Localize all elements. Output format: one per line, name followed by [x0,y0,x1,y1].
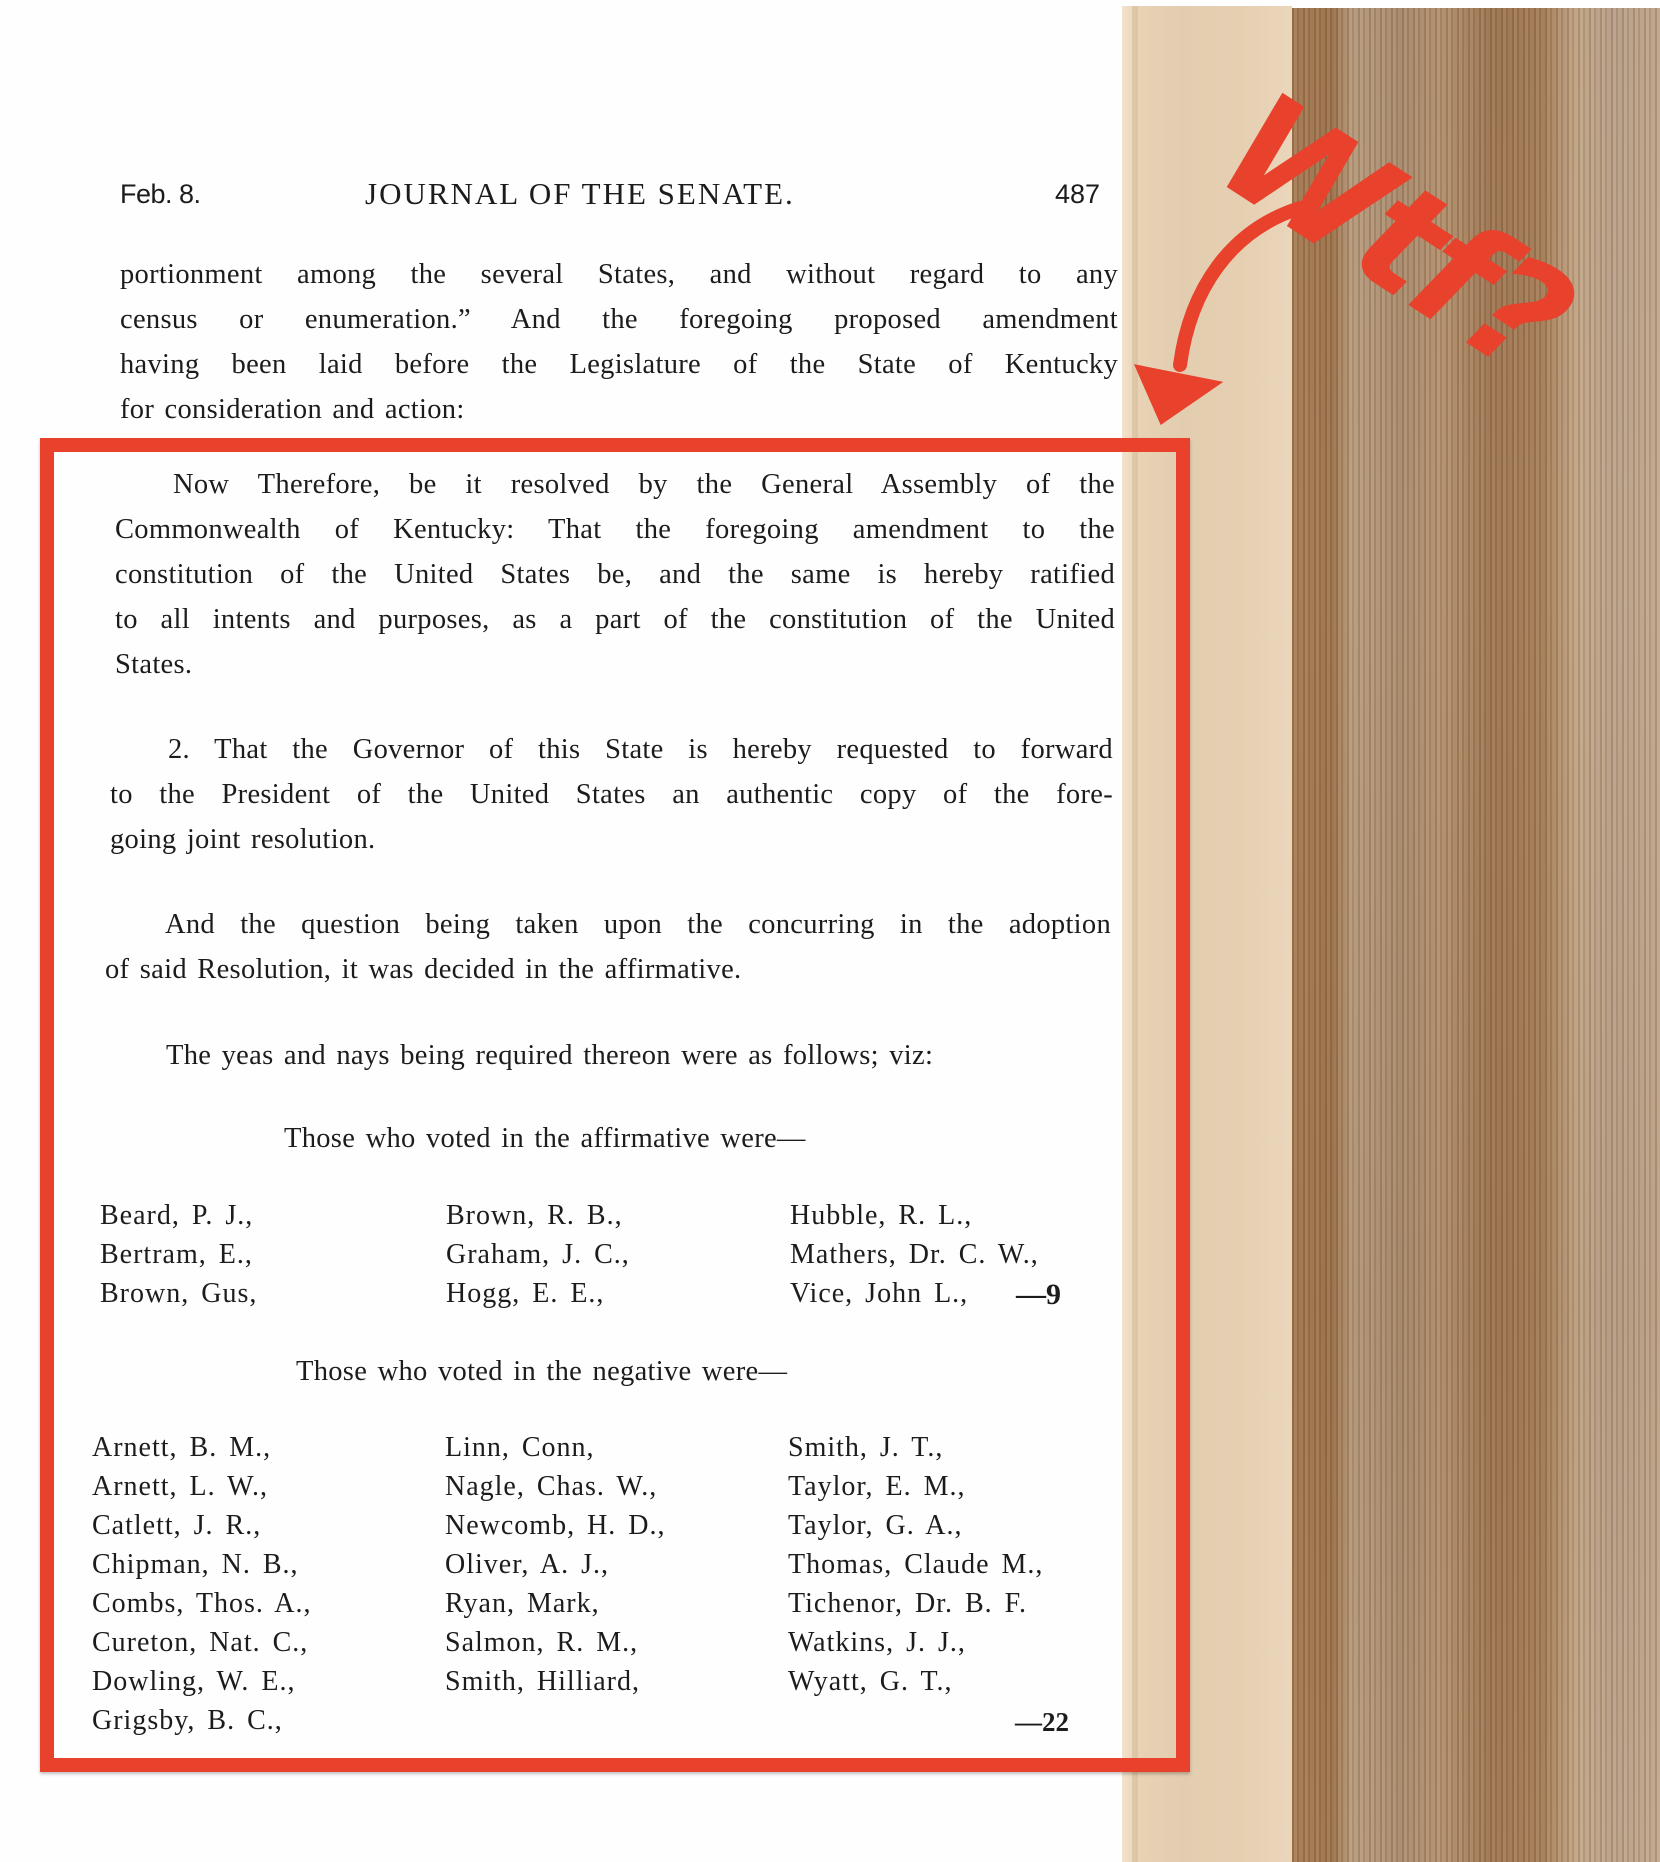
name-column: Arnett, B. M., Arnett, L. W., Catlett, J… [92,1428,312,1740]
text-line: going joint resolution. [110,817,1113,862]
name-entry: Beard, P. J., [100,1196,257,1235]
text-line: census or enumeration.” And the foregoin… [120,297,1118,342]
text-line: And the question being taken upon the co… [105,902,1111,947]
name-entry: Thomas, Claude M., [788,1545,1043,1584]
name-entry: Smith, J. T., [788,1428,1043,1467]
name-column: Brown, R. B., Graham, J. C., Hogg, E. E.… [446,1196,630,1313]
name-entry: Wyatt, G. T., [788,1662,1043,1701]
resolution-paragraph: Now Therefore, be it resolved by the Gen… [115,462,1115,687]
name-entry: Mathers, Dr. C. W., [790,1235,1039,1274]
affirmative-count: —9 [1016,1278,1061,1312]
name-entry: Taylor, G. A., [788,1506,1043,1545]
name-entry: Chipman, N. B., [92,1545,312,1584]
text-line: to all intents and purposes, as a part o… [115,597,1115,642]
text-line: to the President of the United States an… [110,772,1113,817]
name-entry: Tichenor, Dr. B. F. [788,1584,1043,1623]
name-entry: Taylor, E. M., [788,1467,1043,1506]
name-entry: Hubble, R. L., [790,1196,1039,1235]
name-entry: Brown, R. B., [446,1196,630,1235]
curved-arrow-icon [1120,190,1340,440]
text-line: of said Resolution, it was decided in th… [105,947,1111,992]
name-entry: Grigsby, B. C., [92,1701,312,1740]
question-paragraph: And the question being taken upon the co… [105,902,1111,992]
text-line: 2. That the Governor of this State is he… [110,727,1113,772]
name-entry: Nagle, Chas. W., [445,1467,666,1506]
affirmative-heading: Those who voted in the affirmative were— [284,1116,806,1161]
name-column: Smith, J. T., Taylor, E. M., Taylor, G. … [788,1428,1043,1701]
name-column: Beard, P. J., Bertram, E., Brown, Gus, [100,1196,257,1313]
negative-list: Arnett, B. M., Arnett, L. W., Catlett, J… [92,1428,1102,1748]
name-entry: Watkins, J. J., [788,1623,1043,1662]
name-entry: Arnett, B. M., [92,1428,312,1467]
name-entry: Ryan, Mark, [445,1584,666,1623]
name-column: Linn, Conn, Nagle, Chas. W., Newcomb, H.… [445,1428,666,1701]
header-page-number: 487 [1055,172,1100,216]
name-entry: Bertram, E., [100,1235,257,1274]
name-entry: Vice, John L., [790,1274,1039,1313]
name-entry: Catlett, J. R., [92,1506,312,1545]
governor-paragraph: 2. That the Governor of this State is he… [110,727,1113,862]
intro-paragraph: portionment among the several States, an… [120,252,1118,432]
text-line: States. [115,642,1115,687]
name-entry: Combs, Thos. A., [92,1584,312,1623]
name-entry: Linn, Conn, [445,1428,666,1467]
name-entry: Dowling, W. E., [92,1662,312,1701]
header-date: Feb. 8. [120,172,201,216]
affirmative-list: Beard, P. J., Bertram, E., Brown, Gus, B… [98,1196,1098,1316]
text-line: constitution of the United States be, an… [115,552,1115,597]
name-entry: Cureton, Nat. C., [92,1623,312,1662]
name-entry: Smith, Hilliard, [445,1662,666,1701]
negative-heading: Those who voted in the negative were— [296,1349,787,1394]
text-line: having been laid before the Legislature … [120,342,1118,387]
running-header: Feb. 8. JOURNAL OF THE SENATE. 487 [120,172,1100,216]
name-entry: Newcomb, H. D., [445,1506,666,1545]
name-entry: Hogg, E. E., [446,1274,630,1313]
name-entry: Salmon, R. M., [445,1623,666,1662]
name-entry: Brown, Gus, [100,1274,257,1313]
yeas-nays-intro: The yeas and nays being required thereon… [166,1033,933,1078]
text-line: portionment among the several States, an… [120,252,1118,297]
name-column: Hubble, R. L., Mathers, Dr. C. W., Vice,… [790,1196,1039,1313]
text-line: for consideration and action: [120,387,1118,432]
text-line: Commonwealth of Kentucky: That the foreg… [115,507,1115,552]
name-entry: Arnett, L. W., [92,1467,312,1506]
name-entry: Graham, J. C., [446,1235,630,1274]
header-title: JOURNAL OF THE SENATE. [365,172,795,216]
name-entry: Oliver, A. J., [445,1545,666,1584]
text-line: Now Therefore, be it resolved by the Gen… [115,462,1115,507]
negative-count: —22 [1015,1707,1069,1738]
